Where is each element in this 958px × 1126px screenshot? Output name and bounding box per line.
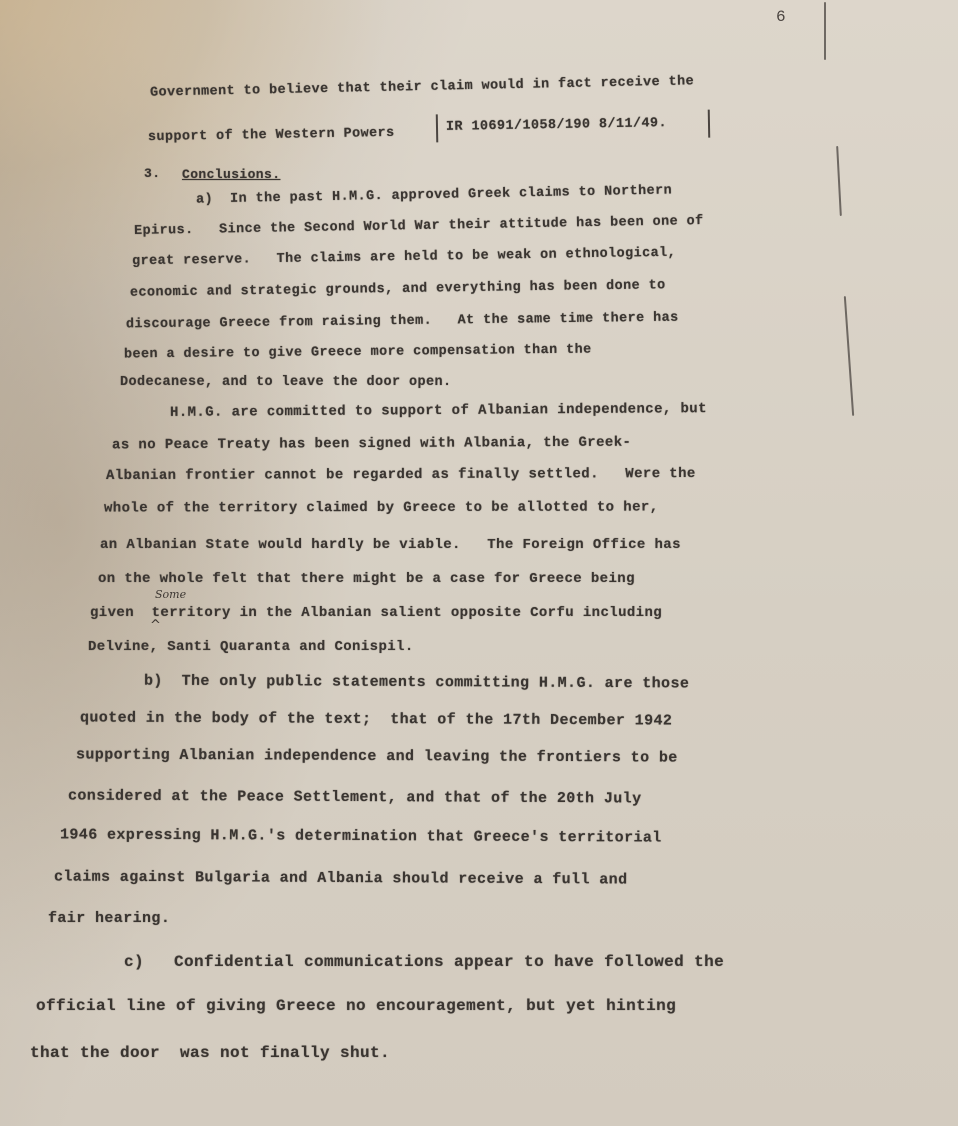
paragraph-c-line: that the door was not finally shut. (30, 1044, 390, 1062)
section-number: 3. (144, 166, 160, 181)
margin-sideline-top (824, 2, 826, 60)
paragraph-hmg-line: on the whole felt that there might be a … (98, 571, 635, 587)
paragraph-hmg-line: Albanian frontier cannot be regarded as … (106, 466, 696, 484)
paragraph-b-line: fair hearing. (48, 910, 170, 927)
paragraph-b-line: considered at the Peace Settlement, and … (68, 787, 642, 807)
paragraph-hmg-line: an Albanian State would hardly be viable… (100, 537, 681, 553)
paragraph-hmg-line: whole of the territory claimed by Greece… (104, 500, 659, 517)
paragraph-b-line: 1946 expressing H.M.G.'s determination t… (60, 826, 662, 846)
paragraph-a-line: Dodecanese, and to leave the door open. (120, 375, 452, 390)
paragraph-b-line: b) The only public statements committing… (144, 673, 689, 693)
paragraph-c-line: c) Confidential communications appear to… (124, 953, 724, 971)
paragraph-hmg-line: given territory in the Albanian salient … (90, 605, 662, 621)
paragraph-b-line: supporting Albanian independence and lea… (76, 746, 678, 766)
handwritten-insertion: Some (155, 588, 186, 601)
paragraph-hmg-line: as no Peace Treaty has been signed with … (112, 435, 631, 454)
paragraph-c-line: official line of giving Greece no encour… (36, 997, 676, 1015)
paragraph-b-line: quoted in the body of the text; that of … (80, 709, 672, 729)
paragraph-hmg-line: Delvine, Santi Quaranta and Conispil. (88, 639, 414, 655)
page-mark: 6 (776, 8, 786, 26)
section-title: Conclusions. (182, 167, 280, 182)
paragraph-b-line: claims against Bulgaria and Albania shou… (54, 868, 628, 888)
